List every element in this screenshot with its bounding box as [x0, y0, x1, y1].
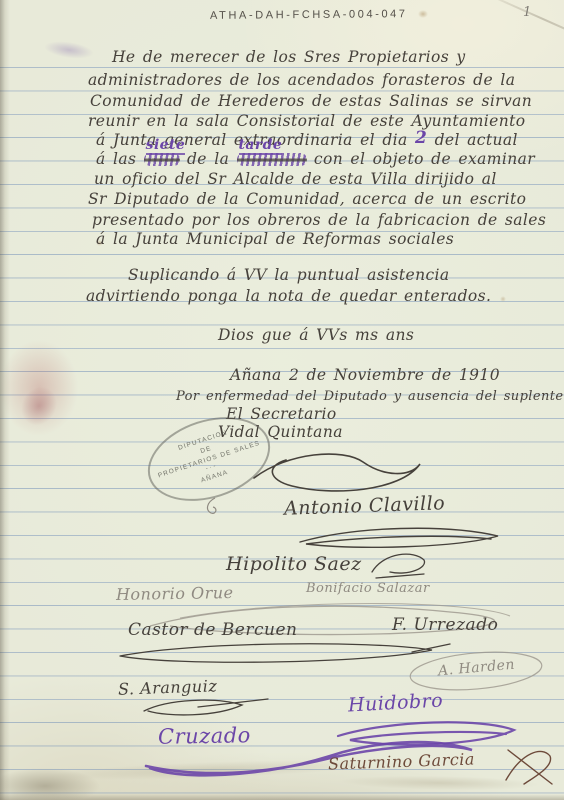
body-line-3: Comunidad de Herederos de estas Salinas …: [90, 92, 532, 110]
signature-huidobro: Huidobro: [347, 690, 443, 717]
body-line-9: presentado por los obreros de la fabrica…: [92, 211, 546, 229]
rubric-flourish: [248, 448, 428, 496]
valediction: Dios gue á VVs ms ans: [218, 326, 414, 344]
body-line-8: Sr Diputado de la Comunidad, acerca de u…: [88, 190, 526, 208]
signed-note: Por enfermedad del Diputado y ausencia d…: [176, 389, 563, 404]
body-line-4: reunir en la sala Consistorial de este A…: [88, 112, 525, 130]
signature-flourish: [138, 697, 272, 721]
ink-scribble-strikeout: tarde: [237, 153, 307, 166]
period-correction-purple: tarde: [239, 138, 283, 155]
pencil-squiggle: [203, 496, 221, 516]
day-correction-purple: 2: [415, 128, 427, 148]
body-line-6: á las siete de la tarde con el objeto de…: [96, 150, 535, 168]
signature-s-aranguiz: S. Aranguiz: [118, 676, 218, 698]
signature-antonio-clavillo: Antonio Clavillo: [284, 492, 446, 520]
request-line-1: Suplicando á VV la puntual asistencia: [128, 266, 450, 284]
page-number: 1: [523, 5, 531, 20]
signature-flourish: [296, 524, 506, 550]
signature-hipolito-saez: Hipolito Saez: [226, 553, 362, 575]
foxing-spot: [418, 10, 428, 18]
ink-scribble-strikeout: siete: [144, 153, 180, 166]
archive-reference-code: ATHA-DAH-FCHSA-004-047: [210, 8, 408, 22]
body-line-5-suffix: del actual: [435, 131, 518, 149]
signature-paraph: [366, 548, 430, 580]
signature-paraph: [496, 744, 558, 792]
signature-castor-de-bercuen: Castor de Bercuen: [128, 620, 297, 640]
signature-bonifacio-salazar: Bonifacio Salazar: [306, 581, 430, 596]
body-line-6-mid: de la: [187, 150, 229, 168]
request-line-2: advirtiendo ponga la nota de quedar ente…: [86, 287, 491, 305]
pencil-circle-flourish: [406, 648, 550, 694]
foxing-spot: [500, 296, 506, 302]
corner-crease: [474, 0, 564, 50]
stamp-line-4: AÑANA: [200, 468, 230, 486]
body-line-10: á la Junta Municipal de Reformas sociale…: [96, 230, 454, 248]
body-line-2: administradores de los acendados foraste…: [88, 71, 515, 89]
body-line-6-prefix: á las: [96, 150, 136, 168]
hour-correction-purple: siete: [146, 138, 185, 155]
manuscript-page: ATHA-DAH-FCHSA-004-047 1 He de merecer d…: [0, 0, 564, 800]
body-line-1: He de merecer de los Sres Propietarios y: [112, 48, 466, 66]
signature-f-urrezado: F. Urrezado: [392, 615, 498, 635]
paper-crumple: [0, 768, 100, 800]
body-line-7: un oficio del Sr Alcalde de esta Villa d…: [94, 170, 497, 188]
body-line-6-suffix: con el objeto de examinar: [314, 150, 535, 168]
dateline: Añana 2 de Noviembre de 1910: [230, 366, 500, 384]
signature-flourish: [112, 640, 456, 666]
ink-smudge: [43, 39, 95, 62]
